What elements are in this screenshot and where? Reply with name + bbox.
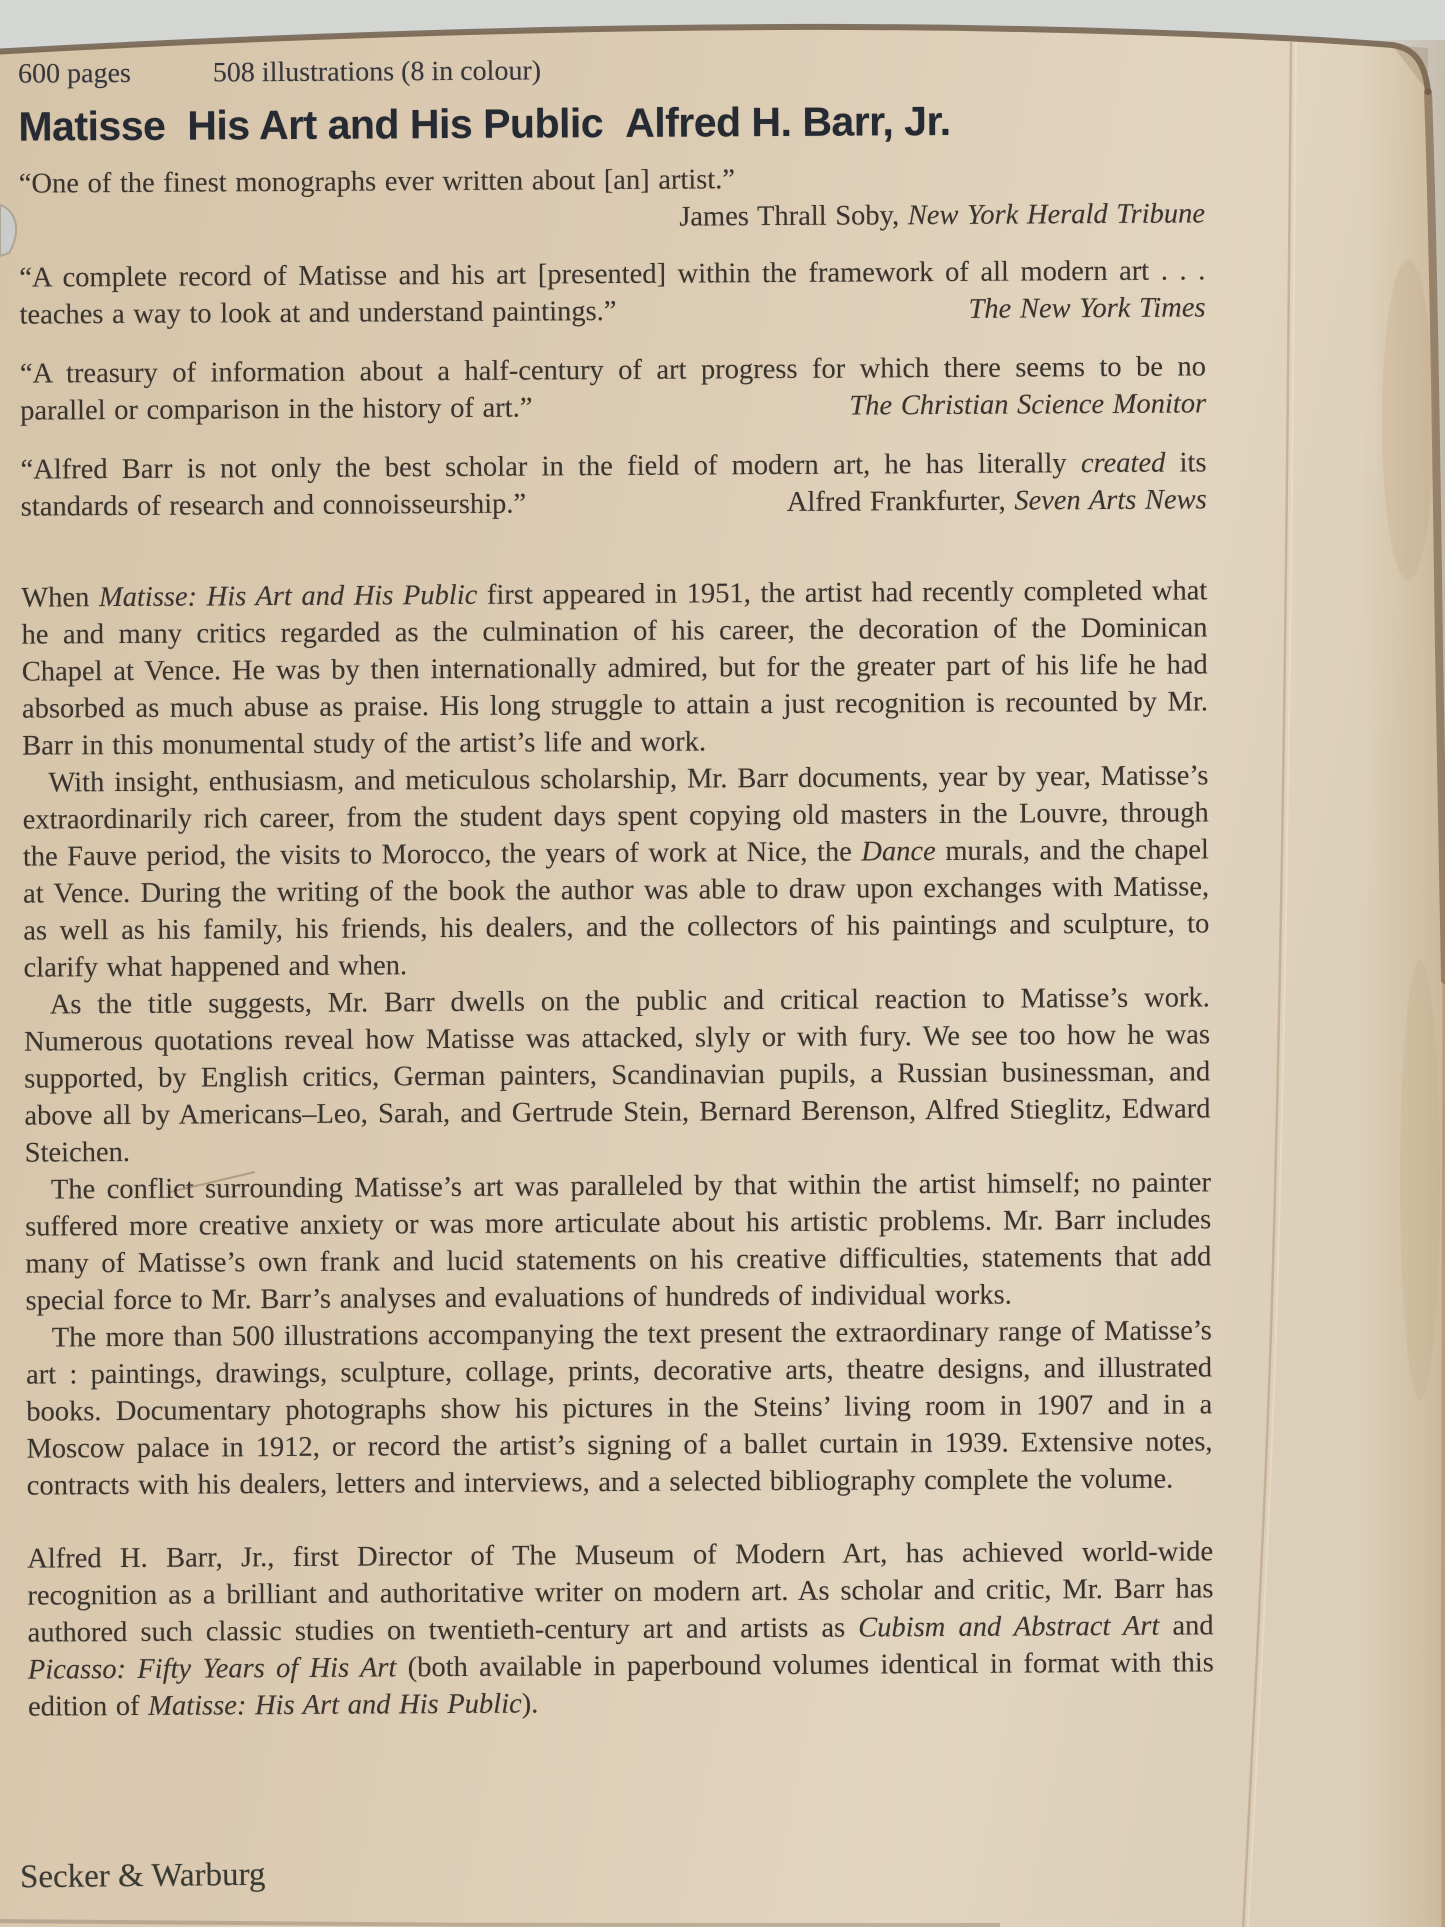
paragraph-1: When Matisse: His Art and His Public fir… (21, 572, 1208, 764)
title-name: Matisse (18, 103, 165, 150)
author-bio: Alfred H. Barr, Jr., first Director of T… (27, 1533, 1214, 1725)
edge-stain-lower (1400, 960, 1440, 1400)
review-quote-csmonitor: “A treasury of information about a half-… (20, 348, 1206, 429)
review-quote-soby: “One of the finest monographs ever writt… (19, 158, 1205, 239)
edition-info: 600 pages508 illustrations (8 in colour) (18, 50, 1204, 91)
paragraph-3: As the title suggests, Mr. Barr dwells o… (24, 979, 1211, 1171)
edge-stain-upper (1382, 260, 1434, 580)
review-quote-nytimes: “A complete record of Matisse and his ar… (19, 252, 1205, 333)
book-title: MatisseHis Art and His PublicAlfred H. B… (18, 96, 1204, 149)
quote-text: “One of the finest monographs ever writt… (19, 164, 735, 199)
quote-attribution: The Christian Science Monitor (849, 385, 1206, 424)
title-author: Alfred H. Barr, Jr. (625, 98, 951, 146)
paragraph-2: With insight, enthusiasm, and meticulous… (22, 757, 1209, 986)
jacket-content: 600 pages508 illustrations (8 in colour)… (18, 50, 1214, 1725)
review-quote-frankfurter: “Alfred Barr is not only the best schola… (20, 444, 1206, 525)
quote-attribution: The New York Times (968, 289, 1205, 327)
quote-attribution: James Thrall Soby, New York Herald Tribu… (679, 195, 1205, 235)
quote-attribution: Alfred Frankfurter, Seven Arts News (787, 481, 1207, 521)
publisher-name: Secker & Warburg (20, 1857, 266, 1897)
paragraph-5: The more than 500 illustrations accompan… (26, 1312, 1213, 1504)
illustration-count: 508 illustrations (8 in colour) (213, 55, 541, 88)
page-count: 600 pages (18, 58, 131, 90)
paragraph-4: The conflict surrounding Matisse’s art w… (25, 1164, 1212, 1319)
description-text: When Matisse: His Art and His Public fir… (21, 572, 1214, 1725)
title-subtitle: His Art and His Public (187, 100, 603, 149)
